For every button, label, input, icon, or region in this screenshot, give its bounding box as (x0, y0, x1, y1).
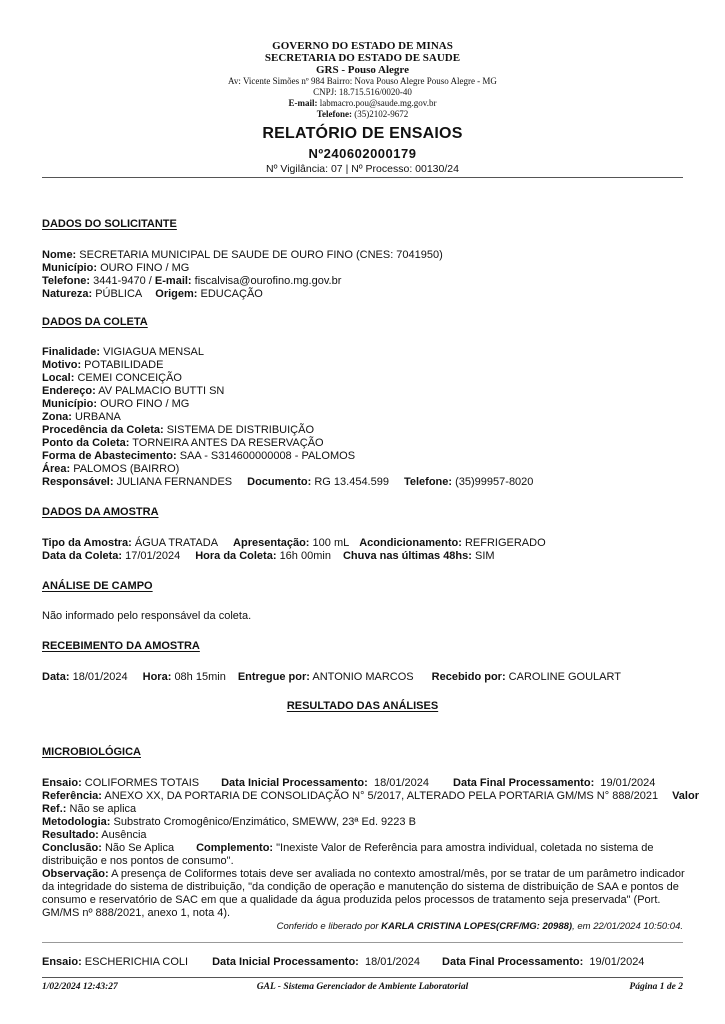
value: 16h 00min (280, 550, 331, 562)
header-email-label: E-mail: (289, 98, 318, 108)
value: 18/01/2024 (73, 671, 128, 683)
value: SIM (475, 550, 495, 562)
coleta-area: Área: PALOMOS (BAIRRO) (42, 463, 179, 476)
section-solicitante-heading: DADOS DO SOLICITANTE (42, 218, 177, 230)
coleta-municipio: Município: OURO FINO / MG (42, 398, 189, 411)
value: (35)99957-8020 (455, 476, 533, 488)
label: Entregue por: (238, 671, 310, 683)
section-microbiologica-heading: MICROBIOLÓGICA (42, 746, 141, 758)
ensaio-1-referencia: Referência: ANEXO XX, DA PORTARIA DE CON… (42, 790, 699, 803)
ensaio-1-conferido: Conferido e liberado por KARLA CRISTINA … (277, 921, 683, 932)
value: 18/01/2024 (374, 777, 429, 789)
label: Data da Coleta: (42, 550, 122, 562)
label: Origem: (155, 288, 197, 300)
section-amostra-heading: DADOS DA AMOSTRA (42, 506, 159, 518)
coleta-zona: Zona: URBANA (42, 411, 121, 424)
value: POTABILIDADE (84, 359, 163, 371)
value: SAA - S314600000008 - PALOMOS (180, 450, 355, 462)
value: AV PALMACIO BUTTI SN (98, 385, 224, 397)
footer-page: Página 1 de 2 (629, 982, 683, 992)
header-phone-value: (35)2102-9672 (354, 109, 408, 119)
value: SECRETARIA MUNICIPAL DE SAUDE DE OURO FI… (79, 249, 443, 261)
label: Responsável: (42, 476, 114, 488)
label: Data: (42, 671, 70, 683)
value: ÁGUA TRATADA (135, 537, 218, 549)
label: Procedência da Coleta: (42, 424, 164, 436)
value: 19/01/2024 (589, 956, 644, 968)
value: JULIANA FERNANDES (117, 476, 233, 488)
label: Observação: (42, 868, 109, 880)
section-campo-heading: ANÁLISE DE CAMPO (42, 580, 153, 592)
label: Natureza: (42, 288, 92, 300)
label: Motivo: (42, 359, 81, 371)
amostra-data: Data da Coleta: 17/01/2024Hora da Coleta… (42, 550, 495, 563)
value: VIGIAGUA MENSAL (103, 346, 204, 358)
label: Resultado: (42, 829, 99, 841)
header-address: Av: Vicente Simões nº 984 Bairro: Nova P… (0, 76, 725, 87)
label: Valor (672, 790, 699, 802)
header-email: E-mail: labmacro.pou@saude.mg.gov.br (0, 98, 725, 109)
header-email-value: labmacro.pou@saude.mg.gov.br (320, 98, 437, 108)
solicitante-natureza: Natureza: PÚBLICAOrigem: EDUCAÇÃO (42, 288, 263, 301)
coleta-motivo: Motivo: POTABILIDADE (42, 359, 163, 372)
coleta-endereco: Endereço: AV PALMACIO BUTTI SN (42, 385, 224, 398)
label: Ensaio: (42, 956, 82, 968)
value: Não Se Aplica (105, 842, 174, 854)
ensaio-1-resultado: Resultado: Ausência (42, 829, 147, 842)
coleta-responsavel: Responsável: JULIANA FERNANDESDocumento:… (42, 476, 533, 489)
value: A presença de Coliformes totais deve ser… (42, 868, 685, 919)
recebimento-line: Data: 18/01/2024Hora: 08h 15minEntregue … (42, 671, 621, 684)
value: fiscalvisa@ourofino.mg.gov.br (195, 275, 342, 287)
value: ESCHERICHIA COLI (85, 956, 188, 968)
ensaio-1-line: Ensaio: COLIFORMES TOTAISData Inicial Pr… (42, 777, 655, 790)
header-grs: GRS - Pouso Alegre (0, 64, 725, 76)
label: Endereço: (42, 385, 96, 397)
ensaio-divider (42, 942, 683, 943)
value: ANTONIO MARCOS (312, 671, 413, 683)
report-subtitle: Nº Vigilância: 07 | Nº Processo: 00130/2… (0, 163, 725, 175)
value: COLIFORMES TOTAIS (85, 777, 199, 789)
section-coleta-heading: DADOS DA COLETA (42, 316, 148, 328)
solicitante-telefone: Telefone: 3441-9470 / E-mail: fiscalvisa… (42, 275, 341, 288)
label: Área: (42, 463, 70, 475)
value: 18/01/2024 (365, 956, 420, 968)
report-title: RELATÓRIO DE ENSAIOS (0, 125, 725, 143)
value: Ausência (101, 829, 146, 841)
conferido-name: KARLA CRISTINA LOPES(CRF/MG: 20988) (381, 921, 572, 932)
value: EDUCAÇÃO (201, 288, 263, 300)
header-phone-label: Telefone: (317, 109, 352, 119)
value: PÚBLICA (95, 288, 142, 300)
label: Apresentação: (233, 537, 309, 549)
label: Hora: (143, 671, 172, 683)
ensaio-1-ref: Ref.: Não se aplica (42, 803, 136, 816)
section-resultado-heading: RESULTADO DAS ANÁLISES (0, 700, 725, 712)
coleta-ponto: Ponto da Coleta: TORNEIRA ANTES DA RESER… (42, 437, 324, 450)
conferido-suffix: , em 22/01/2024 10:50:04. (572, 921, 683, 932)
value: TORNEIRA ANTES DA RESERVAÇÃO (132, 437, 323, 449)
coleta-procedencia: Procedência da Coleta: SISTEMA DE DISTRI… (42, 424, 314, 437)
header-cnpj: CNPJ: 18.715.516/0020-40 (0, 87, 725, 98)
label: Referência: (42, 790, 102, 802)
header-phone: Telefone: (35)2102-9672 (0, 109, 725, 120)
ensaio-2-line: Ensaio: ESCHERICHIA COLIData Inicial Pro… (42, 956, 644, 969)
value: 08h 15min (174, 671, 225, 683)
solicitante-nome: Nome: SECRETARIA MUNICIPAL DE SAUDE DE O… (42, 249, 443, 262)
label: Município: (42, 262, 97, 274)
value: CEMEI CONCEIÇÃO (77, 372, 182, 384)
report-page: GOVERNO DO ESTADO DE MINAS SECRETARIA DO… (0, 0, 725, 1024)
value: 100 mL (313, 537, 350, 549)
label: Local: (42, 372, 74, 384)
label: Recebido por: (432, 671, 506, 683)
label: Data Final Processamento: (442, 956, 583, 968)
value: OURO FINO / MG (100, 398, 189, 410)
value: PALOMOS (BAIRRO) (73, 463, 179, 475)
ensaio-1-metodologia: Metodologia: Substrato Cromogênico/Enzim… (42, 816, 416, 829)
label: Complemento: (196, 842, 273, 854)
conferido-prefix: Conferido e liberado por (277, 921, 379, 932)
label: Metodologia: (42, 816, 110, 828)
label: Zona: (42, 411, 72, 423)
footer-divider (42, 977, 683, 978)
value: OURO FINO / MG (100, 262, 189, 274)
label: Município: (42, 398, 97, 410)
label: Ponto da Coleta: (42, 437, 129, 449)
label: Data Final Processamento: (453, 777, 594, 789)
value: Não se aplica (70, 803, 137, 815)
value: ANEXO XX, DA PORTARIA DE CONSOLIDAÇÃO N°… (104, 790, 658, 802)
label: Chuva nas últimas 48hs: (343, 550, 472, 562)
label: Data Inicial Processamento: (212, 956, 359, 968)
label: Tipo da Amostra: (42, 537, 132, 549)
value: REFRIGERADO (465, 537, 546, 549)
value: SISTEMA DE DISTRIBUIÇÃO (167, 424, 314, 436)
ensaio-1-observacao: Observação: A presença de Coliformes tot… (42, 868, 687, 920)
label: Nome: (42, 249, 76, 261)
coleta-finalidade: Finalidade: VIGIAGUA MENSAL (42, 346, 204, 359)
label: E-mail: (155, 275, 192, 287)
label: Data Inicial Processamento: (221, 777, 368, 789)
amostra-tipo: Tipo da Amostra: ÁGUA TRATADAApresentaçã… (42, 537, 546, 550)
label: Telefone: (42, 275, 90, 287)
footer-system: GAL - Sistema Gerenciador de Ambiente La… (0, 982, 725, 992)
label: Acondicionamento: (359, 537, 462, 549)
value: CAROLINE GOULART (509, 671, 621, 683)
header-gov: GOVERNO DO ESTADO DE MINAS (0, 40, 725, 52)
label: Hora da Coleta: (195, 550, 276, 562)
header-secretaria: SECRETARIA DO ESTADO DE SAUDE (0, 52, 725, 64)
ensaio-1-conclusao: Conclusão: Não Se AplicaComplemento: "In… (42, 842, 687, 868)
label: Forma de Abastecimento: (42, 450, 177, 462)
coleta-forma: Forma de Abastecimento: SAA - S314600000… (42, 450, 355, 463)
label: Conclusão: (42, 842, 102, 854)
label: Finalidade: (42, 346, 100, 358)
campo-text: Não informado pelo responsável da coleta… (42, 610, 251, 623)
value: 19/01/2024 (600, 777, 655, 789)
solicitante-municipio: Município: OURO FINO / MG (42, 262, 189, 275)
label: Documento: (247, 476, 311, 488)
value: RG 13.454.599 (314, 476, 389, 488)
label: Ensaio: (42, 777, 82, 789)
header-divider (42, 177, 683, 178)
value: Substrato Cromogênico/Enzimático, SMEWW,… (114, 816, 416, 828)
label: Telefone: (404, 476, 452, 488)
value: 3441-9470 / (93, 275, 152, 287)
section-recebimento-heading: RECEBIMENTO DA AMOSTRA (42, 640, 200, 652)
label: Ref.: (42, 803, 66, 815)
coleta-local: Local: CEMEI CONCEIÇÃO (42, 372, 182, 385)
report-number: Nº240602000179 (0, 146, 725, 161)
value: URBANA (75, 411, 121, 423)
value: 17/01/2024 (125, 550, 180, 562)
